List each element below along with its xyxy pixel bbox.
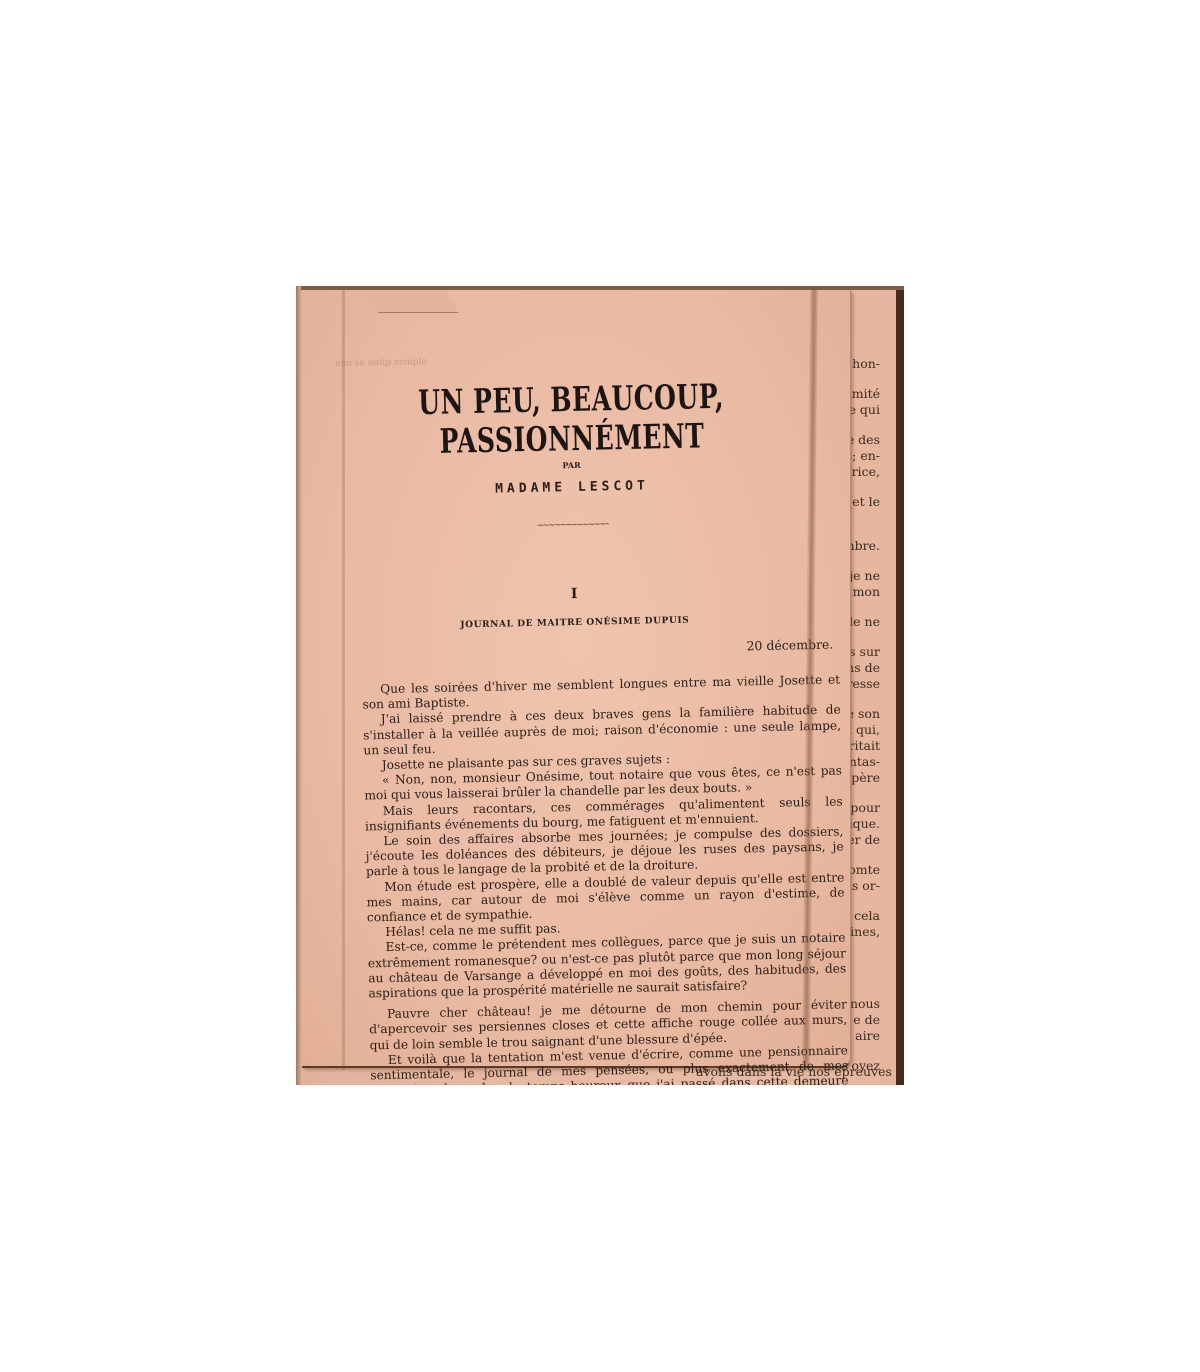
page-content: eno se uoitp xemple UN PEU, BEAUCOUP, PA… (296, 286, 858, 1072)
body-text: Que les soirées d'hiver me semblent long… (362, 666, 849, 1085)
page-left-edge (296, 286, 301, 1085)
front-page: eno se uoitp xemple UN PEU, BEAUCOUP, PA… (302, 290, 851, 1068)
ornament-divider: ~~~~~~~~~~~~~~~~~~ (537, 521, 609, 529)
book-cover-edge (896, 286, 904, 1085)
book-photo: une hon-l'intimitéonne quilutte desères;… (296, 286, 904, 1085)
story-title: UN PEU, BEAUCOUP, PASSIONNÉMENT (356, 375, 788, 462)
chapter-title: JOURNAL DE MAITRE ONÉSIME DUPUIS (301, 612, 849, 633)
entry-date: 20 décembre. (601, 637, 833, 657)
author-name: MADAME LESCOT (298, 474, 846, 500)
paragraph: Est-ce, comme le prétendent mes collègue… (367, 931, 846, 1002)
bleed-through-text: eno se uoitp xemple (335, 356, 485, 369)
chapter-number: I (300, 580, 848, 607)
